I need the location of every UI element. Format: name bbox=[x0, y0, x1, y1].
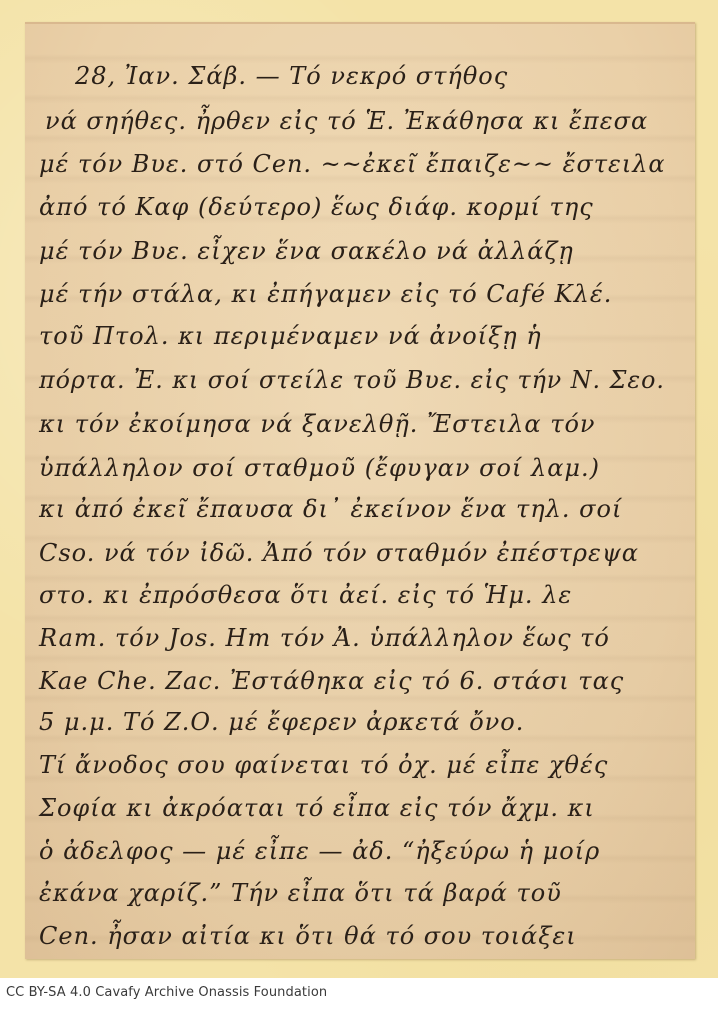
manuscript-line: μέ τόν Βυε. στό Cen. ~~ἐκεῖ ἔπαιζε~~ ἔστ… bbox=[39, 152, 666, 176]
manuscript-line: ὁ ἀδελφος — μέ εἶπε — ἀδ. “ἠξεύρω ἡ μοίρ bbox=[39, 839, 600, 863]
manuscript-line: Ram. τόν Jos. Hm τόν Ἀ. ὑπάλληλον ἕως τό bbox=[39, 626, 610, 650]
manuscript-line: ἐκάνα χαρίζ.” Τήν εἶπα ὅτι τά βαρά τοῦ bbox=[39, 881, 562, 905]
manuscript-line: 28, Ἰαν. Σάβ. — Τό νεκρό στήθος bbox=[75, 64, 508, 88]
manuscript-line: κι ἀπό ἐκεῖ ἔπαυσα δι᾽ ἐκείνον ἕνα τηλ. … bbox=[39, 497, 622, 521]
license-credit: CC BY-SA 4.0 Cavafy Archive Onassis Foun… bbox=[6, 985, 327, 1000]
manuscript-line: πόρτα. Ἐ. κι σοί στείλε τοῦ Βυε. εἰς τήν… bbox=[39, 368, 665, 392]
manuscript-line: Τί ἄνοδος σου φαίνεται τό ὀχ. μέ εἶπε χθ… bbox=[39, 753, 608, 777]
manuscript-line: τοῦ Πτολ. κι περιμέναμεν νά ἀνοίξῃ ἡ bbox=[39, 324, 542, 348]
manuscript-line: μέ τήν στάλα, κι ἐπήγαμεν εἰς τό Café Κλ… bbox=[39, 282, 612, 306]
manuscript-line: στο. κι ἐπρόσθεσα ὅτι ἀεί. εἰς τό Ἡμ. λε bbox=[39, 583, 572, 607]
manuscript-line: Cen. ἦσαν αἰτία κι ὅτι θά τό σου τοιάξει bbox=[39, 924, 577, 948]
manuscript-line: ὑπάλληλον σοί σταθμοῦ (ἔφυγαν σοί λαμ.) bbox=[39, 456, 600, 480]
manuscript-line: μέ τόν Βυε. εἶχεν ἕνα σακέλο νά ἀλλάζῃ bbox=[39, 239, 574, 263]
manuscript-line: Cso. νά τόν ἰδῶ. Ἀπό τόν σταθμόν ἐπέστρε… bbox=[39, 541, 639, 565]
scan-background: 28, Ἰαν. Σάβ. — Τό νεκρό στήθος νά σηήθε… bbox=[0, 0, 718, 978]
manuscript-line: Kae Che. Zac. Ἐστάθηκα εἰς τό 6. στάσι τ… bbox=[39, 669, 624, 693]
manuscript-page: 28, Ἰαν. Σάβ. — Τό νεκρό στήθος νά σηήθε… bbox=[25, 22, 695, 959]
manuscript-line: κι τόν ἐκοίμησα νά ξανελθῇ. Ἔστειλα τόν bbox=[39, 412, 596, 436]
manuscript-line: ἀπό τό Καφ (δεύτερο) ἕως διάφ. κορμί της bbox=[39, 195, 594, 219]
manuscript-line: Σοφία κι ἀκρόαται τό εἶπα εἰς τόν ἄχμ. κ… bbox=[39, 796, 595, 820]
manuscript-line: νά σηήθες. ἦρθεν εἰς τό Ἑ. Ἐκάθησα κι ἔπ… bbox=[45, 109, 648, 133]
manuscript-line: 5 μ.μ. Τό Ζ.Ο. μέ ἔφερεν ἀρκετά ὄνο. bbox=[39, 710, 524, 734]
